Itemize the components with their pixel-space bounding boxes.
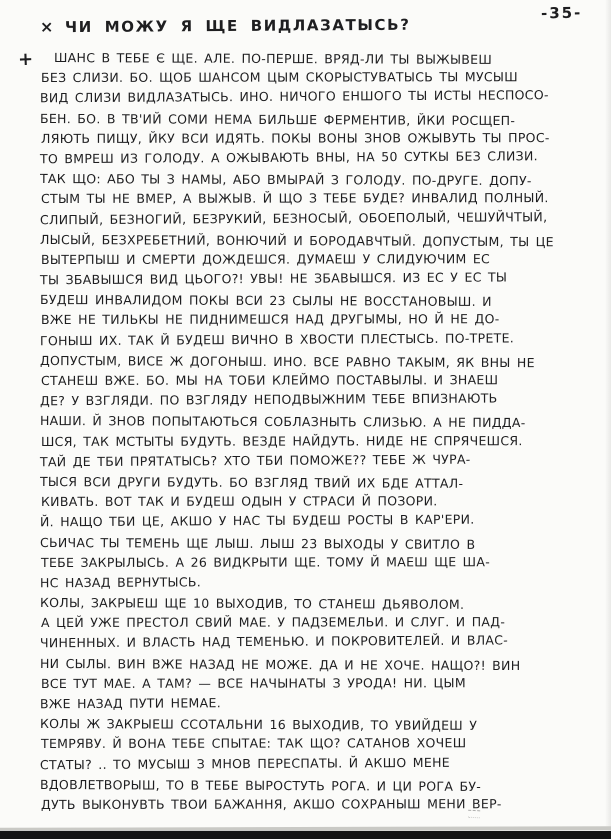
ink-smudge [468,810,480,819]
manuscript-line: ВЖЕ НАЗАД ПУТИ НЕМАЕ. [40,691,600,715]
manuscript-line: СЛИПЫЙ, БЕЗНОГИЙ, БЕЗРУКИЙ, БЕЗНОСЫЙ, ОБ… [40,206,600,230]
manuscript-line: ТАЙ ДЕ ТБИ ПРЯТАТЫСЬ? ХТО ТБИ ПОМОЖЕ?? Т… [40,449,600,473]
manuscript-line: ВИД СЛИЗИ ВИДЛАЗАТЫСЬ. ИНО. НИЧОГО ЕНШОГ… [40,85,600,109]
manuscript-line: СТАТЫ? .. ТО МУСЫШ З МНОВ ПЕРЕСПАТЫ. Й А… [40,751,600,775]
scanner-strip-black [0,831,611,839]
manuscript-line: ДЕ? У ВЗГЛЯДИ. ПО ВЗГЛЯДУ НЕПОДВЫЖНИМ ТЕ… [40,388,600,412]
manuscript-line: НС НАЗАД ВЕРНУТЫСЬ. [40,570,600,594]
scan-edge-shadow [605,0,611,839]
manuscript-line: СТЫМ ТЫ НЕ ВМЕР, А ВЫЖЫВ. Й ЩО З ТЕБЕ БУ… [41,188,601,209]
manuscript-line: ДУТЬ ВЫКОНУВТЬ ТВОИ БАЖАННЯ, АКШО СОХРАН… [41,794,601,815]
manuscript-line: ТЫ ЗБАВЫШСЯ ВИД ЦЬОГО?! УВЫ! НЕ ЗБАВЫШСЯ… [40,267,600,291]
page-number: -35- [541,4,583,23]
plus-mark-icon: + [18,49,34,71]
manuscript-line: ЧИНЕННЫХ. И ВЛАСТЬ НАД ТЕМЕНЬЮ. И ПОКРОВ… [40,630,600,654]
manuscript-line: Й. НАЩО ТБИ ЦЕ, АКШО У НАС ТЫ БУДЕШ РОСТ… [40,509,600,533]
manuscript-body: ШАНС В ТЕБЕ Є ЩЕ. АЛЕ. ПО-ПЕРШЕ. ВРЯД-ЛИ… [40,48,600,815]
manuscript-line: ТЕМРЯВУ. Й ВОНА ТЕБЕ СПЫТАЕ: ТАК ЩО? САТ… [41,733,601,754]
question-title: ЧИ МОЖУ Я ЩЕ ВИДЛАЗАТЫСЬ? [65,16,411,36]
cross-mark-icon: × [40,17,55,36]
manuscript-line: ГОНЫШ ИХ. ТАК Й БУДЕШ ВИЧНО В ХВОСТИ ПЛЕ… [40,328,600,352]
manuscript-page: -35- ×ЧИ МОЖУ Я ЩЕ ВИДЛАЗАТЫСЬ? + ШАНС В… [0,0,611,839]
question-heading: ×ЧИ МОЖУ Я ЩЕ ВИДЛАЗАТЫСЬ? [40,15,411,37]
manuscript-line: ТО ВМРЕШ ИЗ ГОЛОДУ. А ОЖЫВАЮТЬ ВНЫ, НА 5… [40,146,600,170]
